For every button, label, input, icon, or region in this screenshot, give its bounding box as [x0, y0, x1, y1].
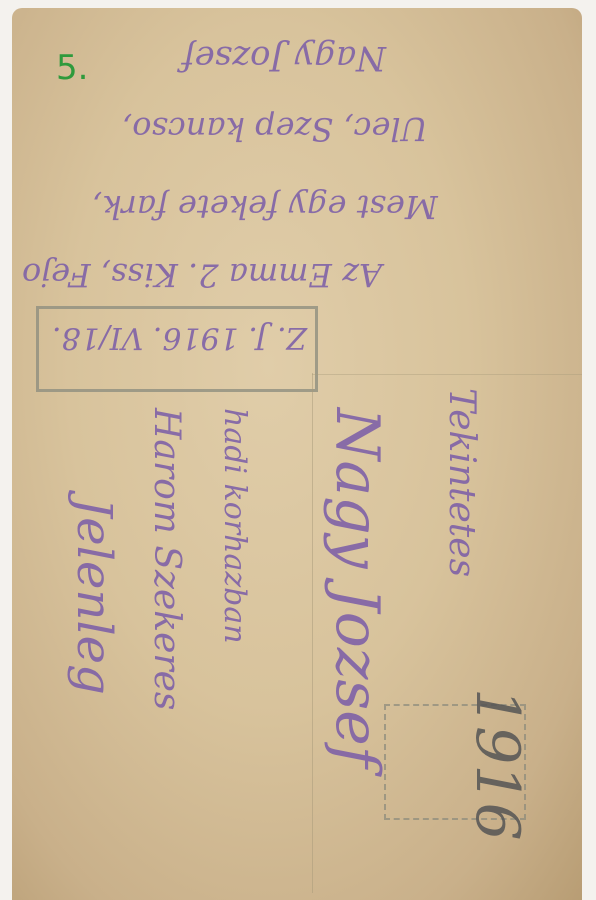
handwriting-line: Az Emma 2. Kiss, Fejo: [22, 256, 382, 294]
stamp-year: 1916: [462, 688, 532, 841]
postcard-back: 5. Nagy Jozsef Ulec, Szep kancso, Mest e…: [12, 8, 582, 900]
address-line: Harom Szekeres: [146, 408, 187, 710]
address-line: Jelenleg: [66, 498, 122, 695]
pencil-date: Z. J. 1916. VI/18.: [52, 320, 307, 355]
handwriting-line: Nagy Jozsef: [182, 38, 386, 78]
divider: [312, 373, 313, 893]
divider: [312, 374, 582, 375]
address-line: Nagy Jozsef: [322, 408, 392, 768]
handwriting-line: Ulec, Szep kancso,: [122, 110, 428, 148]
handwriting-line: Mest egy fekete fark,: [92, 188, 438, 226]
corner-number: 5.: [56, 48, 88, 88]
address-line: hadi korhazban: [217, 408, 252, 644]
address-line: Tekintetes: [441, 388, 482, 577]
